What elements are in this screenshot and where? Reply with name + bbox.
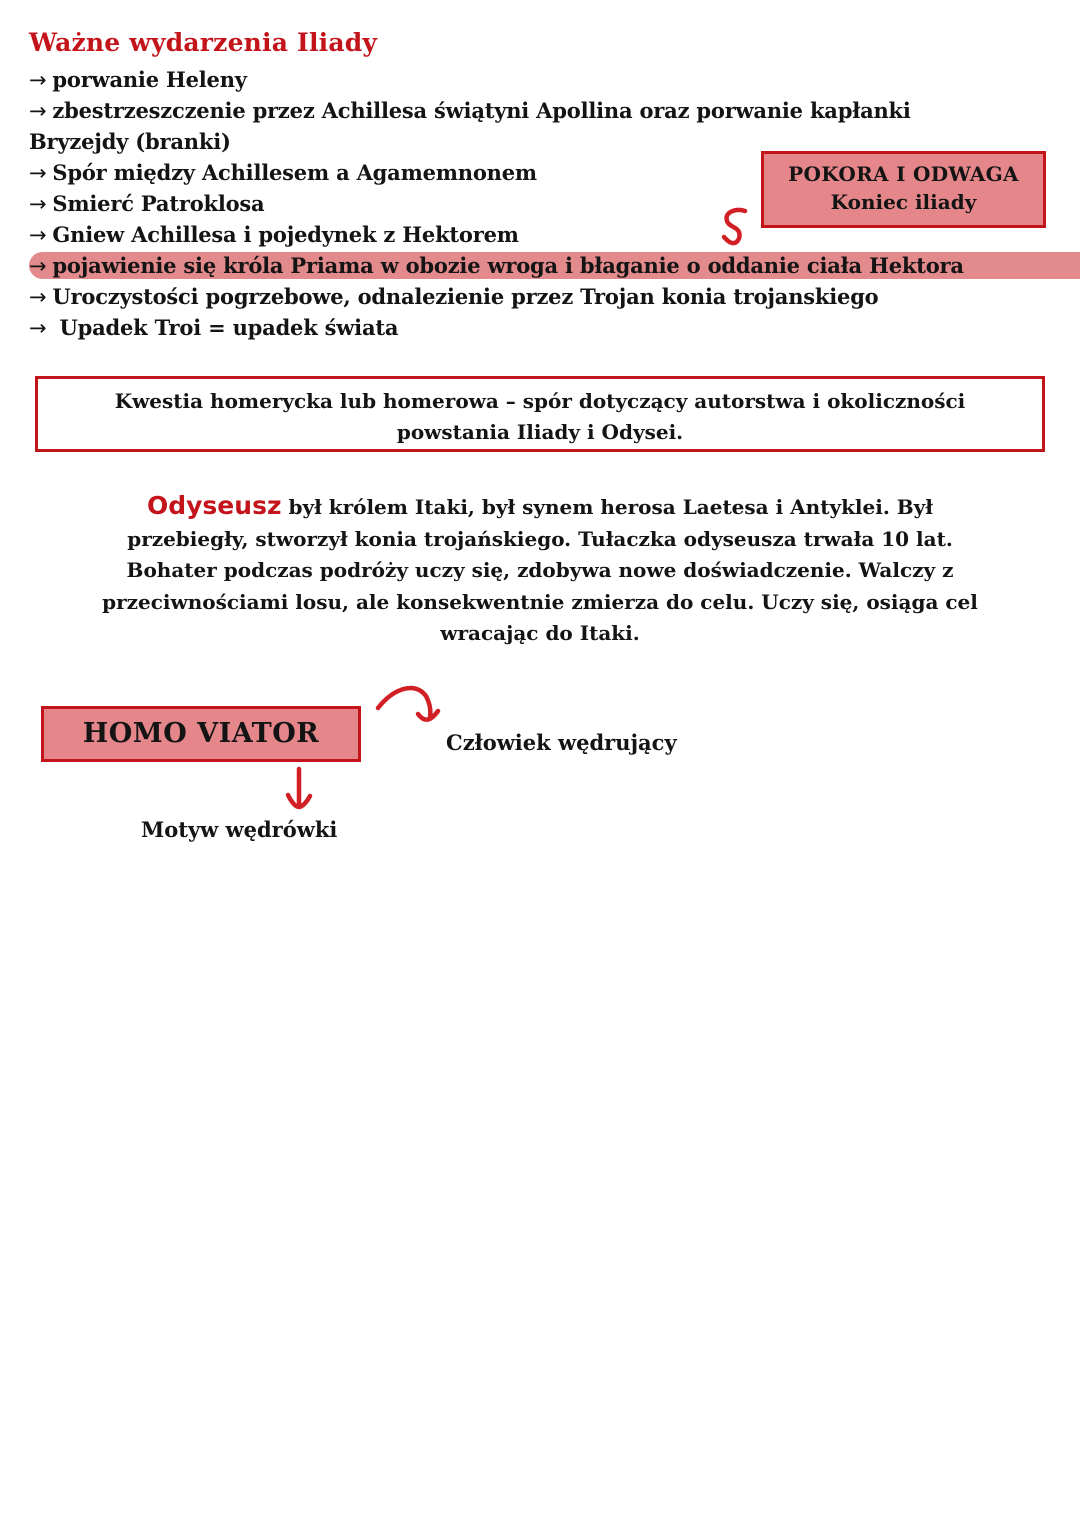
kwestia-homerycka-box: Kwestia homerycka lub homerowa – spór do… (35, 376, 1045, 452)
homo-viator-meaning: Człowiek wędrujący (446, 730, 677, 755)
curved-arrow-icon (718, 205, 758, 250)
arrow-down-icon (282, 765, 316, 815)
pokora-odwaga-box: POKORA I ODWAGA Koniec iliady (761, 151, 1046, 228)
event-item-continuation: Bryzejdy (branki) (29, 126, 231, 157)
pokora-box-subtitle: Koniec iliady (764, 190, 1043, 214)
event-item: →Gniew Achillesa i pojedynek z Hektorem (29, 219, 519, 250)
pokora-box-title: POKORA I ODWAGA (764, 162, 1043, 186)
curved-arrow-icon (374, 678, 464, 728)
kwestia-line-1: Kwestia homerycka lub homerowa – spór do… (38, 386, 1042, 417)
event-item: →Smierć Patroklosa (29, 188, 264, 219)
homo-viator-motif: Motyw wędrówki (141, 817, 337, 842)
event-item: →Spór między Achillesem a Agamemnonem (29, 157, 537, 188)
section-title-iliada: Ważne wydarzenia Iliady (29, 28, 377, 57)
kwestia-line-2: powstania Iliady i Odysei. (38, 417, 1042, 448)
odyseusz-name: Odyseusz (147, 491, 282, 520)
homo-viator-box: HOMO VIATOR (41, 706, 361, 762)
event-item: →zbestrzeszczenie przez Achillesa świąty… (29, 95, 911, 126)
event-item: →porwanie Heleny (29, 64, 247, 95)
event-item: →Uroczystości pogrzebowe, odnalezienie p… (29, 281, 878, 312)
event-item: → Upadek Troi = upadek świata (29, 312, 398, 343)
arrow-right-icon: → (29, 99, 46, 123)
arrow-right-icon: → (29, 223, 46, 247)
arrow-right-icon: → (29, 161, 46, 185)
arrow-right-icon: → (29, 254, 46, 278)
arrow-right-icon: → (29, 68, 46, 92)
arrow-right-icon: → (29, 316, 46, 340)
arrow-right-icon: → (29, 192, 46, 216)
event-item-highlighted: →pojawienie się króla Priama w obozie wr… (29, 250, 964, 281)
arrow-right-icon: → (29, 285, 46, 309)
odyseusz-paragraph: Odyseusz był królem Itaki, był synem her… (28, 490, 1052, 650)
